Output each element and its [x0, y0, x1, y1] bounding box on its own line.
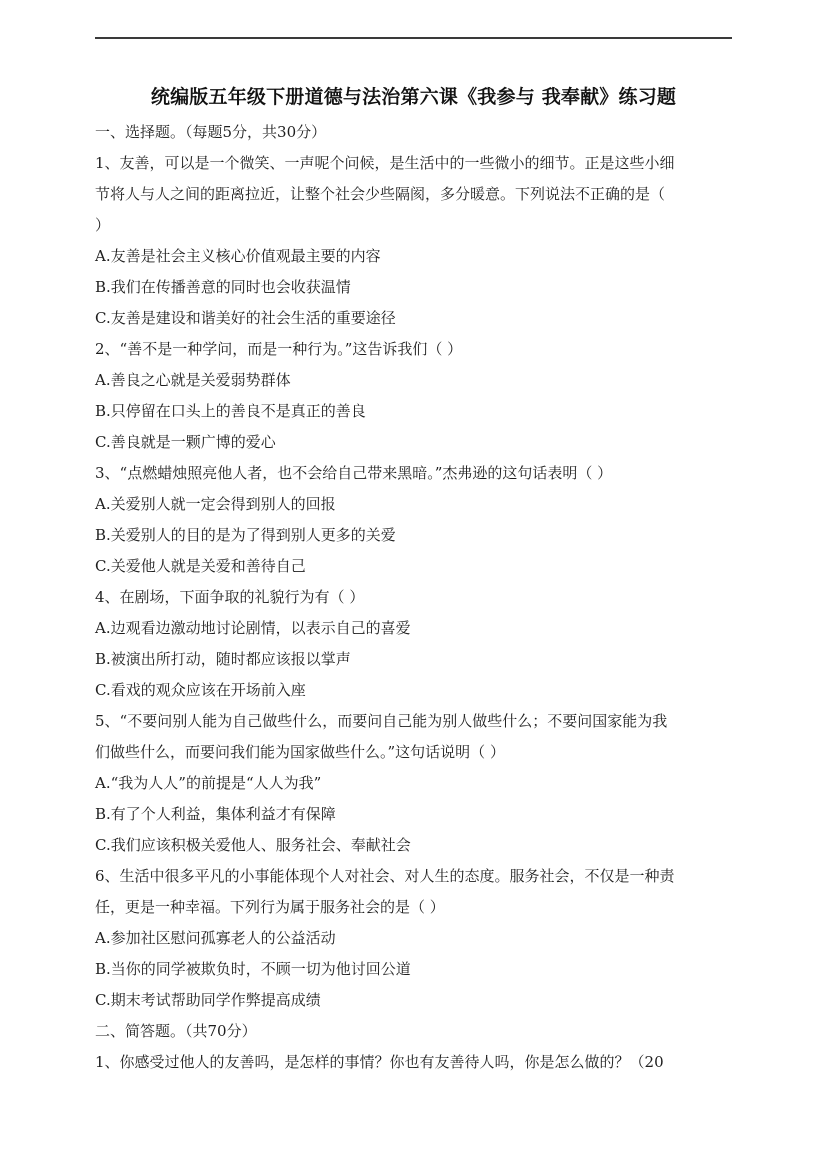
question-4-stem: 4、在剧场，下面争取的礼貌行为有（ ）	[95, 582, 735, 613]
question-1-stem-line-1: 1、友善，可以是一个微笑、一声呢个问候，是生活中的一些微小的细节。正是这些小细	[95, 148, 735, 179]
question-5-stem-line-1: 5、“不要问别人能为自己做些什么，而要问自己能为别人做些什么；不要问国家能为我	[95, 706, 735, 737]
question-5-option-c: C.我们应该积极关爱他人、服务社会、奉献社会	[95, 830, 735, 861]
question-3-option-a: A.关爱别人就一定会得到别人的回报	[95, 489, 735, 520]
question-4-option-b: B.被演出所打动，随时都应该报以掌声	[95, 644, 735, 675]
question-2-option-a: A.善良之心就是关爱弱势群体	[95, 365, 735, 396]
question-5-option-a: A.“我为人人”的前提是“人人为我”	[95, 768, 735, 799]
question-4-option-c: C.看戏的观众应该在开场前入座	[95, 675, 735, 706]
question-1-option-b: B.我们在传播善意的同时也会收获温情	[95, 272, 735, 303]
page-title: 统编版五年级下册道德与法治第六课《我参与 我奉献》练习题	[95, 82, 732, 109]
question-6-option-b: B.当你的同学被欺负时，不顾一切为他讨回公道	[95, 954, 735, 985]
question-6-stem-line-2: 任，更是一种幸福。下列行为属于服务社会的是（ ）	[95, 892, 735, 923]
question-6-option-c: C.期末考试帮助同学作弊提高成绩	[95, 985, 735, 1016]
question-1-option-c: C.友善是建设和谐美好的社会生活的重要途径	[95, 303, 735, 334]
question-5-option-b: B.有了个人利益，集体利益才有保障	[95, 799, 735, 830]
header-rule	[95, 37, 732, 39]
question-4-option-a: A.边观看边激动地讨论剧情，以表示自己的喜爱	[95, 613, 735, 644]
question-2-option-c: C.善良就是一颗广博的爱心	[95, 427, 735, 458]
question-1-option-a: A.友善是社会主义核心价值观最主要的内容	[95, 241, 735, 272]
question-1-stem-line-3: ）	[95, 210, 735, 241]
question-2-stem: 2、“善不是一种学问，而是一种行为。”这告诉我们（ ）	[95, 334, 735, 365]
document-body: 一、选择题。（每题5分，共30分） 1、友善，可以是一个微笑、一声呢个问候，是生…	[95, 117, 735, 1078]
section-heading-short-answer: 二、简答题。（共70分）	[95, 1016, 735, 1047]
question-3-option-b: B.关爱别人的目的是为了得到别人更多的关爱	[95, 520, 735, 551]
question-6-stem-line-1: 6、生活中很多平凡的小事能体现个人对社会、对人生的态度。服务社会，不仅是一种责	[95, 861, 735, 892]
question-3-option-c: C.关爱他人就是关爱和善待自己	[95, 551, 735, 582]
question-3-stem: 3、“点燃蜡烛照亮他人者，也不会给自己带来黑暗。”杰弗逊的这句话表明（ ）	[95, 458, 735, 489]
question-1-stem-line-2: 节将人与人之间的距离拉近，让整个社会少些隔阂，多分暖意。下列说法不正确的是（	[95, 179, 735, 210]
short-answer-question-1: 1、你感受过他人的友善吗，是怎样的事情？你也有友善待人吗，你是怎么做的？（20	[95, 1047, 735, 1078]
question-5-stem-line-2: 们做些什么，而要问我们能为国家做些什么。”这句话说明（ ）	[95, 737, 735, 768]
question-2-option-b: B.只停留在口头上的善良不是真正的善良	[95, 396, 735, 427]
question-6-option-a: A.参加社区慰问孤寡老人的公益活动	[95, 923, 735, 954]
section-heading-choice: 一、选择题。（每题5分，共30分）	[95, 117, 735, 148]
